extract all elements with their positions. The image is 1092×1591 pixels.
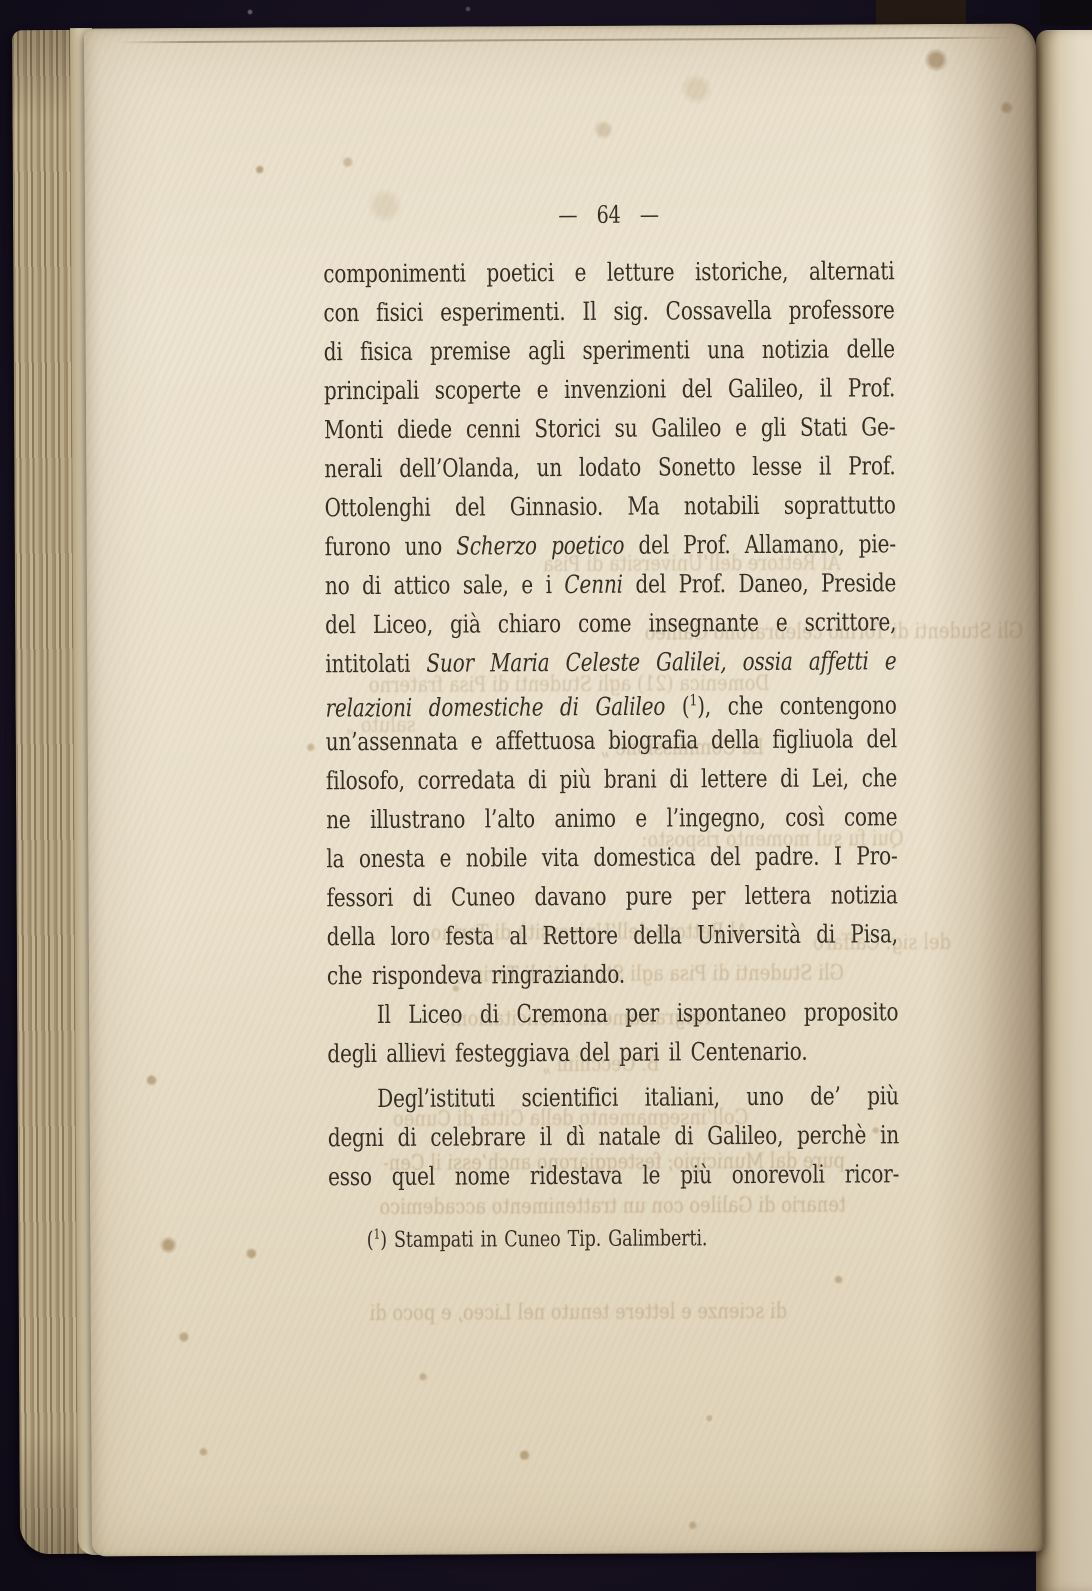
text-line: filosofo, corredata di più brani di lett…	[326, 758, 897, 800]
text-block: —64— componimenti poetici e letture isto…	[323, 194, 900, 1260]
text-line: che rispondeva ringraziando.	[327, 953, 898, 995]
text-line: Ottolenghi del Ginnasio. Ma notabili sop…	[324, 485, 895, 527]
page-number-value: 64	[596, 201, 620, 229]
book-photo: Al Rettore dell’Università di PisaGli St…	[0, 0, 1092, 1591]
text-line: no di attico sale, e i Cenni del Prof. D…	[325, 563, 896, 605]
text-line: esso quel nome ridestava le più onorevol…	[328, 1154, 899, 1196]
text-line: Degl’istituti scientifici italiani, uno …	[328, 1076, 899, 1118]
text-line: nerali dell’Olanda, un lodato Sonetto le…	[324, 446, 895, 488]
text-line: con fisici esperimenti. Il sig. Cossavel…	[323, 290, 894, 332]
text-line: fessori di Cuneo davano pure per lettera…	[326, 875, 897, 917]
text-line: principali scoperte e invenzioni del Gal…	[324, 368, 895, 410]
text-line: componimenti poetici e letture istoriche…	[323, 251, 894, 293]
show-through-text: di scienze e lettere tenuto nel Liceo, e…	[370, 1299, 788, 1325]
text-line: del Liceo, già chiaro come insegnante e …	[325, 602, 896, 644]
book-page: Al Rettore dell’Università di PisaGli St…	[84, 24, 1044, 1557]
binding-shadow	[1040, 0, 1092, 26]
header-dash-right: —	[640, 200, 659, 228]
text-line: Il Liceo di Cremona per ispontaneo propo…	[327, 992, 898, 1034]
text-line: un’assennata e affettuosa biografia dell…	[326, 719, 897, 761]
text-line: intitolati Suor Maria Celeste Galilei, o…	[325, 641, 896, 683]
header-dash-left: —	[558, 201, 577, 229]
facing-page-sliver	[1036, 30, 1092, 1591]
text-line: degni di celebrare il dì natale di Galil…	[328, 1115, 899, 1157]
text-line: degli allievi festeggiava del pari il Ce…	[327, 1031, 898, 1073]
text-line: della loro festa al Rettore della Univer…	[327, 914, 898, 956]
text-line: ne illustrano l’alto animo e l’ingegno, …	[326, 797, 897, 839]
body-text: componimenti poetici e letture istoriche…	[323, 251, 899, 1196]
text-line: Monti diede cenni Storici su Galileo e g…	[324, 407, 895, 449]
text-line: furono uno Scherzo poetico del Prof. All…	[325, 524, 896, 566]
footnote-text: (1) Stampati in Cuneo Tip. Galimberti.	[367, 1227, 708, 1254]
footnote: (1) Stampati in Cuneo Tip. Galimberti.	[328, 1213, 899, 1260]
text-line: di fisica premise agli sperimenti una no…	[324, 329, 895, 371]
page-number: —64—	[323, 194, 894, 236]
text-line: la onesta e nobile vita domestica del pa…	[326, 836, 897, 878]
text-line: relazioni domestiche di Galileo (1), che…	[325, 680, 896, 722]
